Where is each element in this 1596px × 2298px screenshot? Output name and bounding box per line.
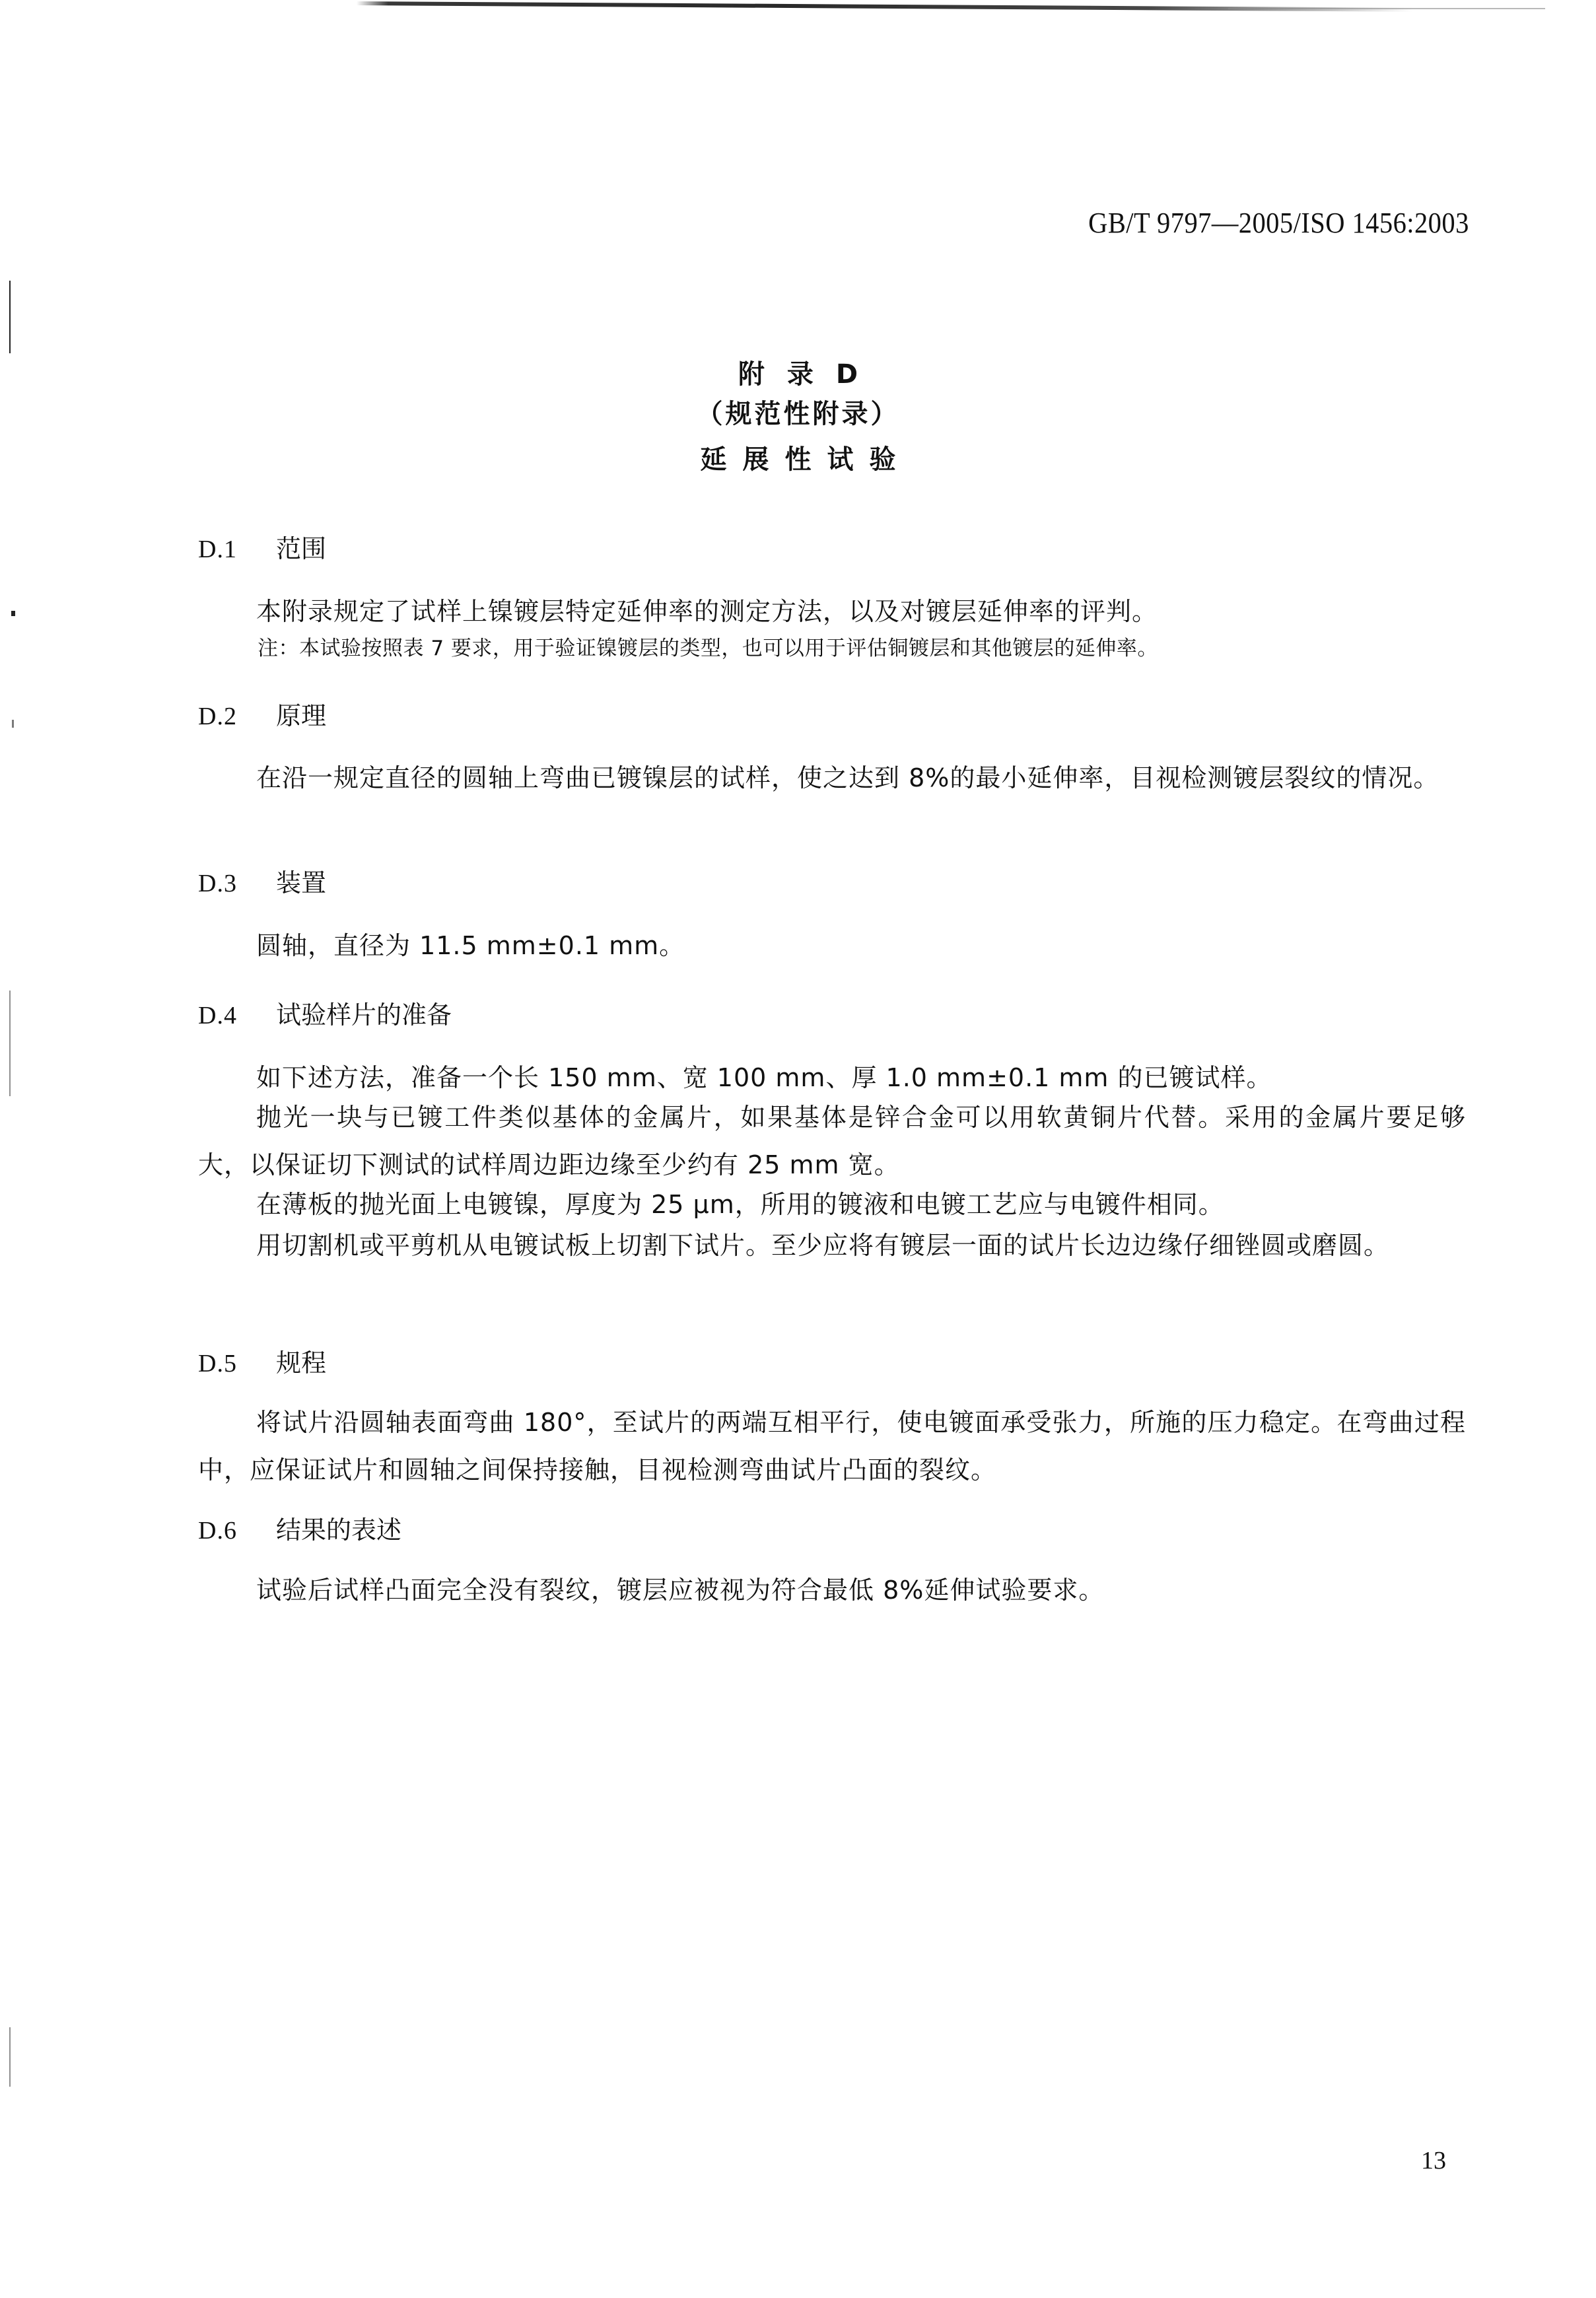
section-title: 试验样片的准备 [276,1000,452,1029]
section-number: D.1 [198,535,276,564]
section-title: 装置 [276,868,326,897]
section-number: D.3 [198,869,276,898]
scan-artifact-margin-dot [11,611,15,616]
section-heading-d3: D.3装置 [198,862,326,899]
annex-subject-title: 延展性试验 [0,438,1596,476]
paragraph: 圆轴，直径为 11.5 mm±0.1 mm。 [198,922,1466,969]
paragraph: 抛光一块与已镀工件类似基体的金属片，如果基体是锌合金可以用软黄铜片代替。采用的金… [198,1094,1466,1189]
scan-artifact-margin-line [9,2027,11,2087]
section-number: D.5 [198,1349,276,1378]
section-title: 原理 [276,701,326,730]
scan-artifact-top-edge [357,1,1413,12]
section-heading-d6: D.6结果的表述 [198,1510,401,1546]
section-number: D.2 [198,702,276,731]
paragraph: 本附录规定了试样上镍镀层特定延伸率的测定方法，以及对镀层延伸率的评判。 [198,588,1466,635]
scan-artifact-margin-line [9,281,11,353]
section-number: D.6 [198,1516,276,1545]
paragraph: 将试片沿圆轴表面弯曲 180°，至试片的两端互相平行，使电镀面承受张力，所施的压… [198,1399,1466,1494]
paragraph: 在沿一规定直径的圆轴上弯曲已镀镍层的试样，使之达到 8%的最小延伸率，目视检测镀… [198,754,1466,802]
section-title: 结果的表述 [276,1515,401,1545]
paragraph: 试验后试样凸面完全没有裂纹，镀层应被视为符合最低 8%延伸试验要求。 [198,1566,1466,1614]
section-number: D.4 [198,1001,276,1030]
section-title: 规程 [276,1348,326,1377]
standard-code-header: GB/T 9797—2005/ISO 1456:2003 [1088,206,1469,240]
scan-artifact-margin-dot [12,720,14,728]
annex-title: 附录D [0,353,1596,391]
section-heading-d1: D.1范围 [198,528,326,565]
section-title: 范围 [276,534,326,563]
paragraph: 用切割机或平剪机从电镀试板上切割下试片。至少应将有镀层一面的试片长边边缘仔细锉圆… [198,1222,1466,1269]
section-heading-d5: D.5规程 [198,1342,326,1379]
scan-artifact-top-edge-faint [1228,8,1545,9]
section-heading-d4: D.4试验样片的准备 [198,994,452,1031]
note: 注：本试验按照表 7 要求，用于验证镍镀层的类型，也可以用于评估铜镀层和其他镀层… [258,633,1479,664]
annex-type-label: （规范性附录） [0,393,1596,431]
page-number: 13 [1421,2146,1446,2175]
scan-artifact-margin-line [9,991,11,1096]
section-heading-d2: D.2原理 [198,695,326,732]
